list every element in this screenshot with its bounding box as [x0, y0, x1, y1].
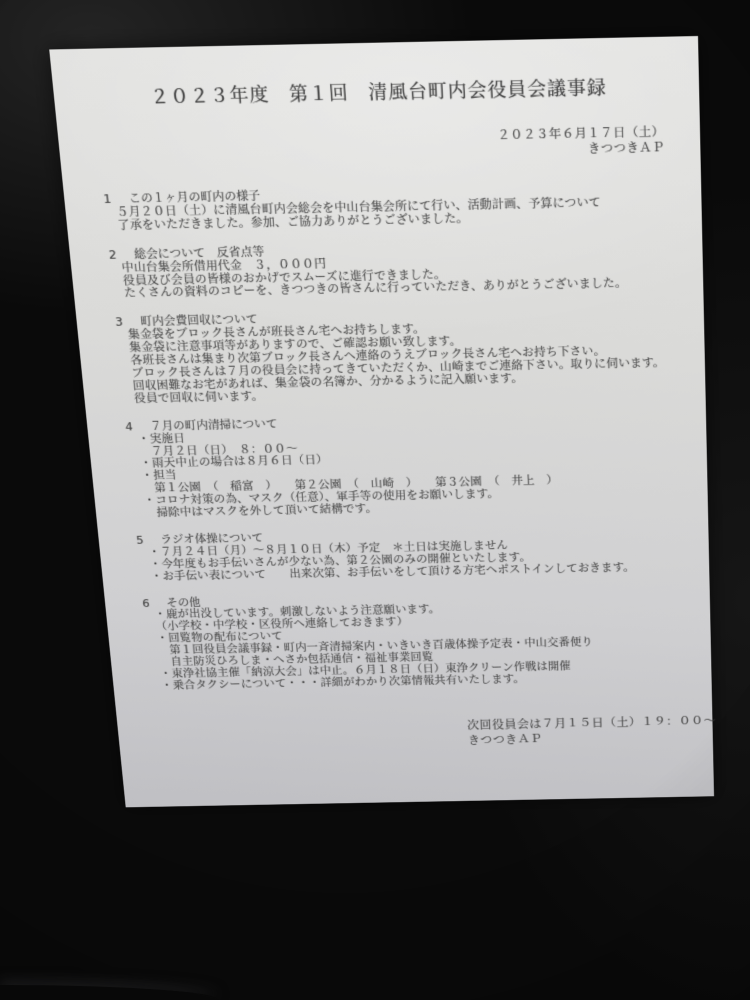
section-heading-text: ７月の町内清掃について [150, 417, 278, 432]
section-number: 2 [108, 249, 134, 263]
document-page: ２０２３年度 第１回 清風台町内会役員会議事録 ２０２３年６月１７日（土） きつ… [53, 72, 713, 755]
sections-list: 1この１ヶ月の町内の様子５月２０日（土）に清風台町内会総会を中山台集会所にて行い… [103, 182, 679, 693]
section: 2総会について 反省点等中山台集会所借用代金 ３，０００円役員及び会員の皆様のお… [108, 238, 668, 301]
footer-block: 次回役員会は７月１５日（土）１９：００～ きつつきＡＰ [467, 714, 680, 748]
paper-bottom-curl [0, 985, 218, 1000]
footer-author: きつつきＡＰ [468, 729, 680, 748]
section: 3町内会費回収について集金袋をブロック長さんが班長さん宅へお持ちします。集金袋に… [115, 306, 671, 406]
section: 5ラジオ体操について・７月２４日（月）～８月１０日（木）予定 ＊土日は実施しませ… [136, 525, 676, 584]
section: 6その他・鹿が出没しています。刺激しないよう注意願います。（小学校・中学校・区役… [142, 588, 679, 693]
date-block: ２０２３年６月１７日（土） きつつきＡＰ [97, 124, 665, 167]
section: 4７月の町内清掃について・実施日 ７月２日（日） ８：００～・雨天中止の場合は８… [125, 410, 674, 520]
document-title: ２０２３年度 第１回 清風台町内会役員会議事録 [92, 72, 663, 110]
section: 1この１ヶ月の町内の様子５月２０日（土）に清風台町内会総会を中山台集会所にて行い… [103, 182, 667, 233]
document-paper: ２０２３年度 第１回 清風台町内会役員会議事録 ２０２３年６月１７日（土） きつ… [49, 36, 714, 807]
photo-background: ２０２３年度 第１回 清風台町内会役員会議事録 ２０２３年６月１７日（土） きつ… [0, 0, 750, 1000]
